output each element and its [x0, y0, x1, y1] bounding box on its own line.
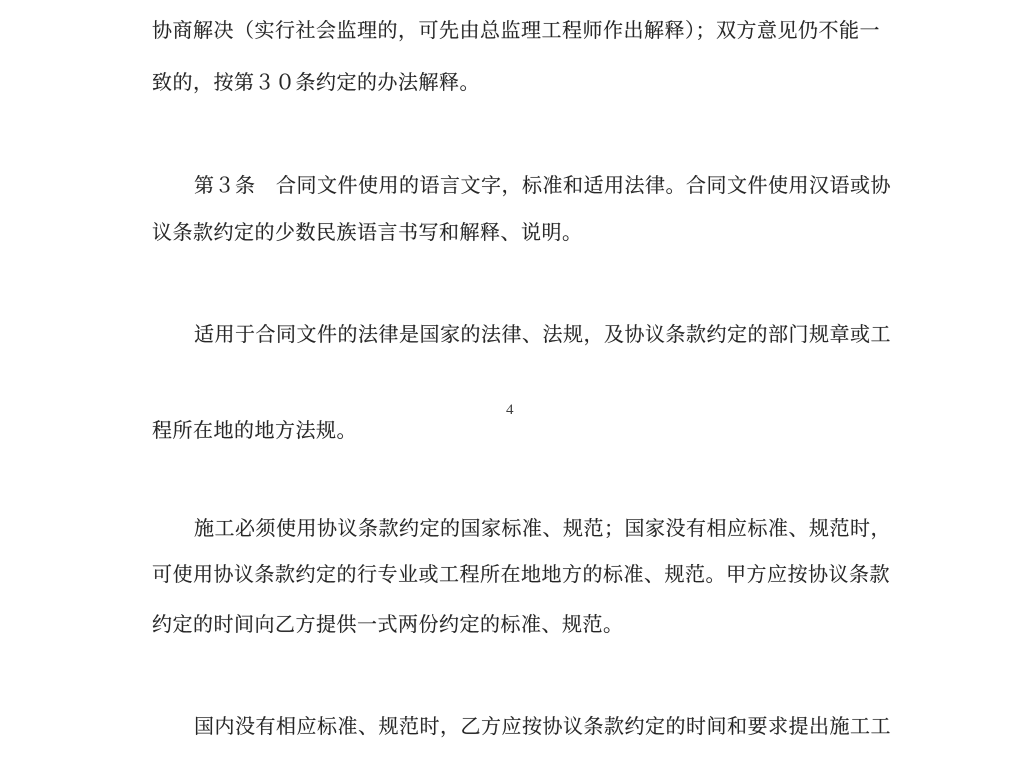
contract-text-line: 可使用协议条款约定的行专业或工程所在地地方的标准、规范。甲方应按协议条款 — [152, 564, 890, 587]
document-page: 协商解决（实行社会监理的，可先由总监理工程师作出解释）；双方意见仍不能一 致的，… — [0, 0, 1024, 768]
contract-text-line: 施工必须使用协议条款约定的国家标准、规范；国家没有相应标准、规范时， — [194, 518, 891, 541]
contract-text-line: 适用于合同文件的法律是国家的法律、法规，及协议条款约定的部门规章或工 — [194, 324, 891, 347]
contract-text-line: 致的，按第３０条约定的办法解释。 — [152, 72, 480, 95]
contract-clause-3-heading-line: 第３条 合同文件使用的语言文字，标准和适用法律。合同文件使用汉语或协 — [194, 175, 891, 198]
page-number: 4 — [506, 402, 514, 419]
contract-text-line: 协商解决（实行社会监理的，可先由总监理工程师作出解释）；双方意见仍不能一 — [152, 20, 880, 43]
contract-text-line: 国内没有相应标准、规范时，乙方应按协议条款约定的时间和要求提出施工工 — [194, 716, 891, 739]
contract-text-line: 议条款约定的少数民族语言书写和解释、说明。 — [152, 222, 583, 245]
contract-text-line: 程所在地的地方法规。 — [152, 420, 357, 443]
contract-text-line: 约定的时间向乙方提供一式两份约定的标准、规范。 — [152, 614, 624, 637]
